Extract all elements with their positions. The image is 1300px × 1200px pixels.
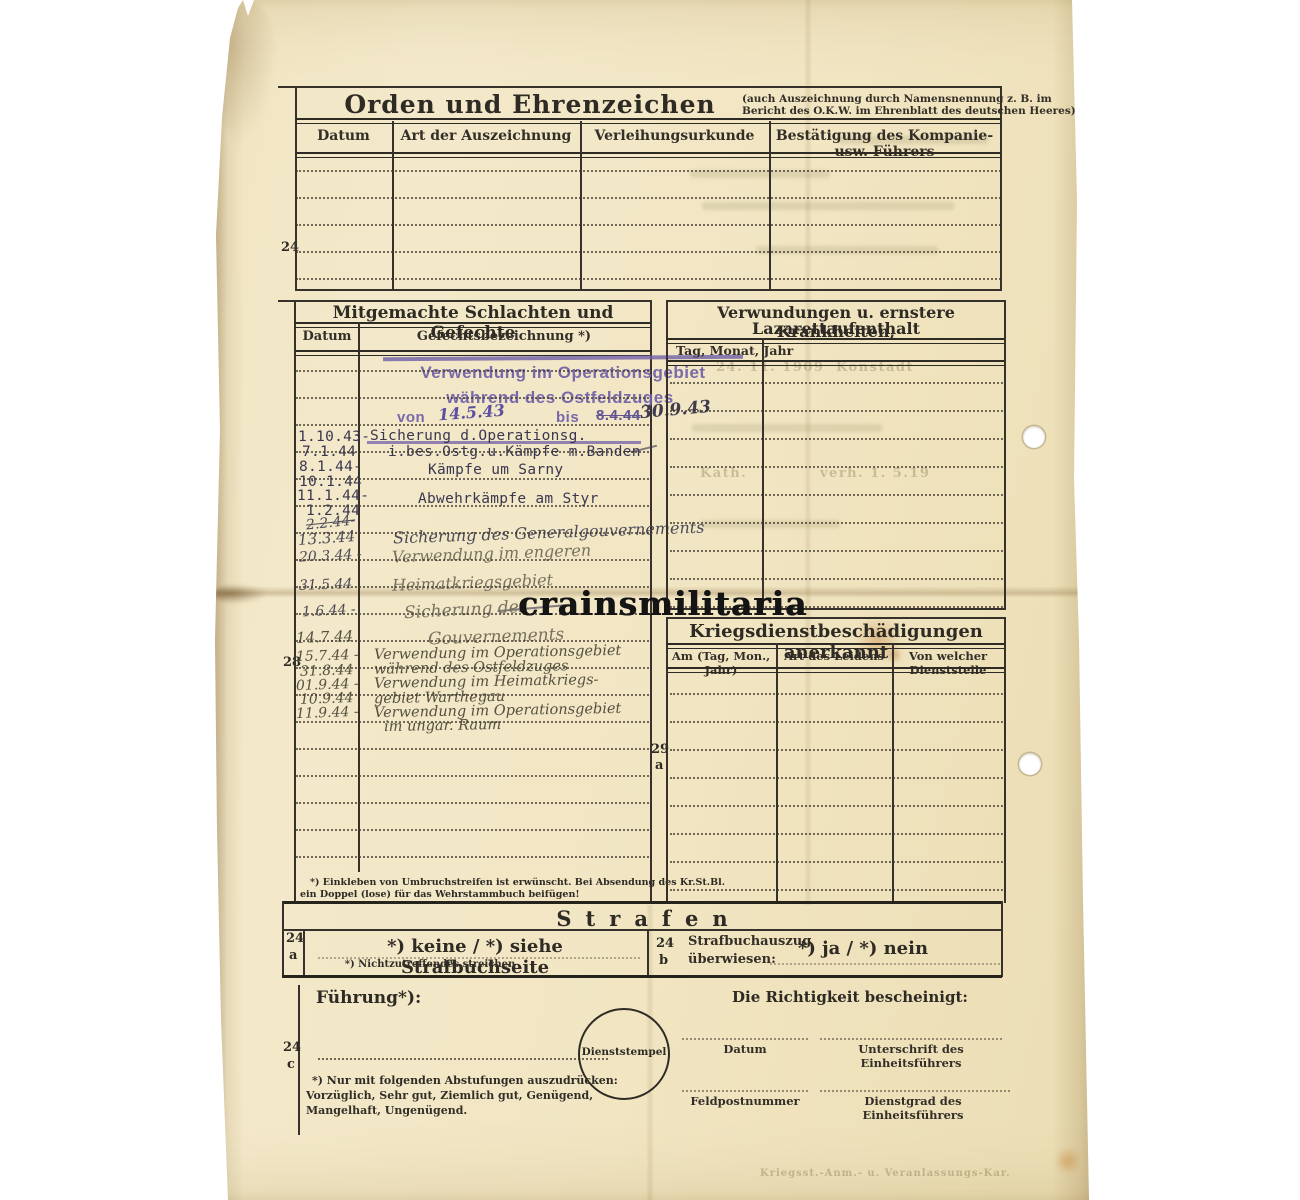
strafen-keine-note: *) Nichtzutreffendes streichen xyxy=(330,959,530,970)
fuehrung-footnote-line3: Mangelhaft, Ungenügend. xyxy=(306,1104,467,1117)
dotted-line xyxy=(670,438,1003,440)
dotted-line xyxy=(670,833,1003,835)
margin-number-24a: 24 xyxy=(286,931,304,946)
dotted-line xyxy=(670,578,1003,580)
strafen-dotted-line xyxy=(318,957,640,959)
dotted-line xyxy=(296,170,1001,172)
schlachten-footnote-line1: *) Einkleben von Umbruchstreifen ist erw… xyxy=(310,877,725,888)
orden-table-bottom-border xyxy=(295,289,1002,291)
dotted-line xyxy=(296,278,1001,280)
verwundungen-top-border xyxy=(666,300,1006,302)
strafen-left-border xyxy=(282,901,284,977)
fuehrung-entry-line xyxy=(318,1058,608,1060)
bleed-through-footer: Kriegsst.-Anm.- u. Veranlassungs-Kar. xyxy=(760,1168,1011,1179)
orden-table-top-border xyxy=(278,86,1002,88)
dotted-line xyxy=(296,224,1001,226)
strafen-right-border xyxy=(1001,901,1003,977)
dotted-line xyxy=(670,550,1003,552)
unterschrift-line xyxy=(820,1038,1002,1040)
margin-number-24c-letter: c xyxy=(287,1057,295,1072)
dotted-line xyxy=(670,522,1003,524)
battle-entry-date-from: 1.6.44 - xyxy=(302,602,356,621)
strafen-auszug-line2: überwiesen: xyxy=(688,952,776,967)
dotted-line xyxy=(296,559,649,561)
verwundungen-col-datum: Tag, Monat, Jahr xyxy=(676,343,793,358)
orden-col-divider xyxy=(392,121,394,291)
verwundungen-right-border xyxy=(1004,300,1006,610)
fold-smudge xyxy=(214,584,268,604)
battle-entry-text: Sicherung d.Operationsg. xyxy=(370,428,587,444)
orden-table-left-border xyxy=(295,86,297,291)
scanned-document: 24. 11. 1909 Konstadt Kath. verh. 1. 5.1… xyxy=(0,0,1300,1200)
kriegsdienst-col-leiden: Art des Leidens xyxy=(776,649,892,663)
dienstgrad-label: Dienstgrad des Einheitsführers xyxy=(816,1094,1010,1122)
dotted-line xyxy=(296,397,649,399)
feldpost-label: Feldpostnummer xyxy=(682,1094,808,1108)
richtigkeit-title: Die Richtigkeit bescheinigt: xyxy=(700,988,1000,1006)
kriegsdienst-col-divider xyxy=(892,643,894,903)
corner-shading xyxy=(218,0,278,150)
orden-col-art: Art der Auszeichnung xyxy=(392,128,580,144)
orden-header-rule xyxy=(295,152,1001,158)
battle-entry-text: Sicherung des xyxy=(404,597,528,623)
verwundungen-header-rule xyxy=(667,360,1004,366)
battle-entry-date-from: 11.9.44 - xyxy=(296,704,359,722)
margin-number-29a: a xyxy=(655,758,663,773)
kriegsdienst-header-rule xyxy=(667,667,1004,673)
orden-title-note-line1: (auch Auszeichnung durch Namensnennung z… xyxy=(742,93,1052,105)
datum-label: Datum xyxy=(682,1042,808,1056)
strafen-title-rule xyxy=(282,929,1002,931)
margin-number-24a-letter: a xyxy=(289,948,297,963)
orden-col-divider xyxy=(769,121,771,291)
bleed-line xyxy=(702,202,954,210)
stamp-bis-struck-value: 8.4.44 xyxy=(596,407,641,424)
rust-stain-bottom xyxy=(1056,1146,1080,1176)
dotted-line xyxy=(670,466,1003,468)
margin-number-24b-letter: b xyxy=(659,953,668,968)
dotted-line xyxy=(296,667,649,669)
dotted-line xyxy=(296,748,649,750)
strafen-dotted-line xyxy=(770,963,1000,965)
strafen-janein-text: *) ja / *) nein xyxy=(778,938,948,959)
dienststempel-label: Dienststempel xyxy=(578,1046,670,1058)
verwundungen-title-line2: Lazarettaufenthalt xyxy=(668,319,1004,338)
margin-number-29: 29 xyxy=(651,742,669,757)
dotted-line xyxy=(296,856,649,858)
dotted-line xyxy=(670,805,1003,807)
watermark-text: crainsmilitaria xyxy=(518,584,807,623)
margin-number-24c: 24 xyxy=(283,1040,301,1055)
dotted-line xyxy=(670,721,1003,723)
dotted-line xyxy=(670,749,1003,751)
datum-line xyxy=(682,1038,808,1040)
dotted-line xyxy=(296,694,649,696)
strafen-title: Strafen xyxy=(282,906,1002,931)
schlachten-left-border xyxy=(294,300,296,903)
bleed-line xyxy=(692,424,882,432)
dotted-line xyxy=(296,478,649,480)
fuehrung-left-divider xyxy=(298,985,300,1135)
battle-entry-date-to: 14.7.44 xyxy=(296,627,354,647)
dotted-line xyxy=(296,251,1001,253)
schlachten-top-border xyxy=(278,300,652,302)
dotted-line xyxy=(296,829,649,831)
dotted-line xyxy=(296,424,649,426)
schlachten-col-divider xyxy=(358,322,360,872)
feldpost-line xyxy=(682,1090,808,1092)
bleed-through-text: verh. 1. 5.19 xyxy=(820,466,930,481)
orden-col-divider xyxy=(580,121,582,291)
dotted-line xyxy=(670,382,1003,384)
bleed-through-text: Kath. xyxy=(700,466,747,481)
battle-entry-text: Kämpfe um Sarny xyxy=(428,462,563,478)
battle-entry-date-from: 8.1.44- xyxy=(299,459,362,475)
battle-entry-date-from: 1.10.43- xyxy=(298,429,370,445)
punch-hole-bottom xyxy=(1019,753,1041,775)
kriegsdienst-col-divider xyxy=(776,643,778,903)
fuehrung-footnote-line1: *) Nur mit folgenden Abstufungen auszudr… xyxy=(312,1074,618,1087)
schlachten-title-rule xyxy=(294,322,650,328)
dotted-line xyxy=(670,861,1003,863)
battle-entry-text: im ungar. Raum xyxy=(384,717,501,735)
strafen-center-divider xyxy=(647,929,649,977)
orden-title-rule xyxy=(295,118,1001,124)
verwundungen-col-divider xyxy=(762,338,764,610)
battle-entry-date-from: 11.1.44- xyxy=(297,488,369,504)
dotted-line xyxy=(296,505,649,507)
unterschrift-label: Unterschrift des Einheitsführers xyxy=(816,1042,1006,1070)
dotted-line xyxy=(296,370,649,372)
dienstgrad-line xyxy=(820,1090,1010,1092)
orden-title-note-line2: Bericht des O.K.W. im Ehrenblatt des deu… xyxy=(742,105,1076,117)
stamp-line1: Verwendung im Operationsgebiet xyxy=(388,363,738,383)
orden-col-datum: Datum xyxy=(295,128,392,144)
margin-number-24b: 24 xyxy=(656,936,674,951)
schlachten-footnote-line2: ein Doppel (lose) für das Wehrstammbuch … xyxy=(300,889,580,900)
schlachten-col-bezeichnung: Gefechtsbezeichnung *) xyxy=(358,329,650,344)
fuehrung-footnote-line2: Vorzüglich, Sehr gut, Ziemlich gut, Genü… xyxy=(306,1089,593,1102)
dotted-line xyxy=(296,532,649,534)
dotted-line xyxy=(670,693,1003,695)
dotted-line xyxy=(670,410,1003,412)
dotted-line xyxy=(670,777,1003,779)
battle-entry-date-from: 20.3.44 - xyxy=(299,546,362,565)
dotted-line xyxy=(670,494,1003,496)
dotted-line xyxy=(296,640,649,642)
right-edge-shading xyxy=(1052,0,1092,1200)
verwundungen-left-border xyxy=(666,300,668,610)
paper-sheet: 24. 11. 1909 Konstadt Kath. verh. 1. 5.1… xyxy=(0,0,1300,1200)
fuehrung-label: Führung*): xyxy=(316,988,421,1008)
strafen-bottom-border xyxy=(282,975,1002,978)
dotted-line xyxy=(296,197,1001,199)
stamp-von-value: 14.5.43 xyxy=(437,401,505,425)
orden-col-urkunde: Verleihungsurkunde xyxy=(580,128,769,144)
dotted-line xyxy=(296,451,649,453)
schlachten-col-datum: Datum xyxy=(296,329,358,344)
punch-hole-top xyxy=(1023,426,1045,448)
battle-entry-date-to: 13.3.44 xyxy=(297,527,355,549)
strafen-top-border xyxy=(282,901,1002,904)
battle-entry-date-to: 31.5.44 xyxy=(299,576,353,594)
kriegsdienst-right-border xyxy=(1004,617,1006,903)
dotted-line xyxy=(296,775,649,777)
dotted-line xyxy=(670,889,1003,891)
dotted-line xyxy=(296,721,649,723)
orden-title: Orden und Ehrenzeichen xyxy=(320,90,740,119)
dotted-line xyxy=(296,802,649,804)
